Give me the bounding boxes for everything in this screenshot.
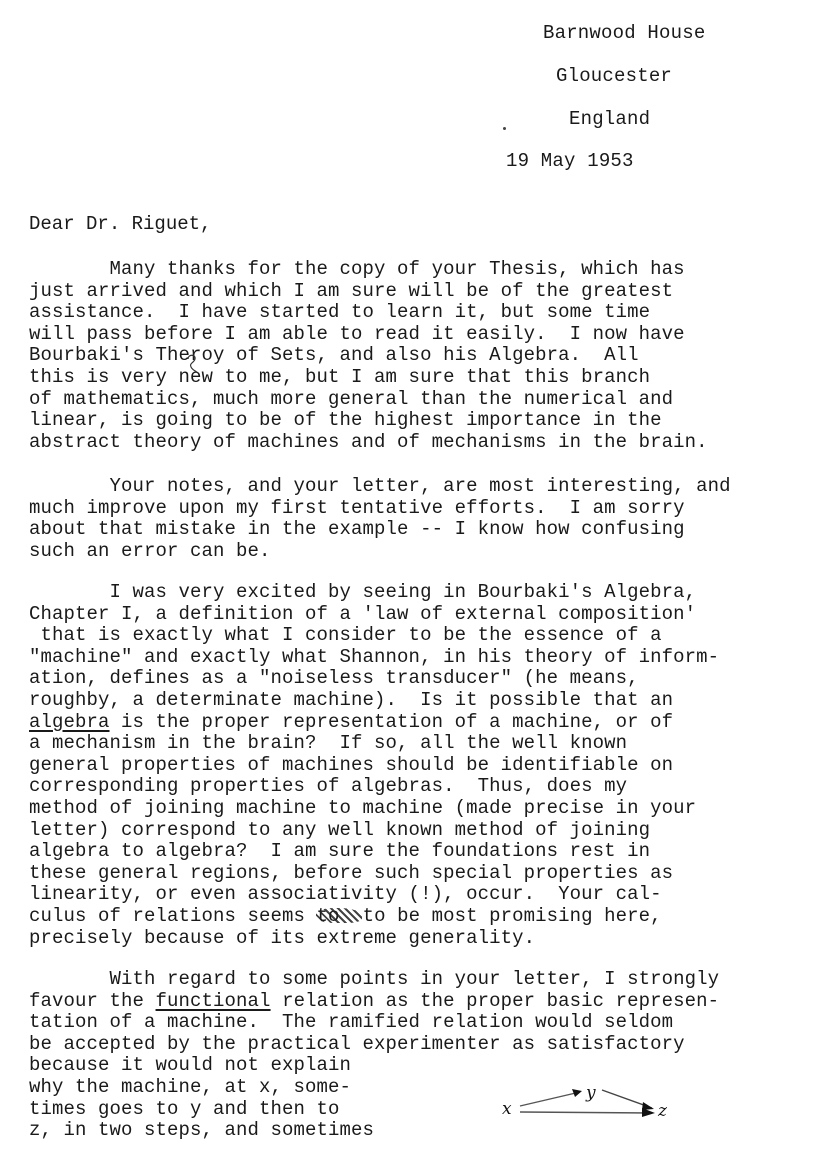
text-line: letter) correspond to any well known met… xyxy=(29,820,719,842)
text-line: of mathematics, much more general than t… xyxy=(29,389,708,411)
transition-diagram: x y z xyxy=(500,1080,700,1140)
text-line: I was very excited by seeing in Bourbaki… xyxy=(29,582,719,604)
text-line: Bourbaki's Theroy of Sets, and also his … xyxy=(29,345,708,367)
text-line: assistance. I have started to learn it, … xyxy=(29,302,708,324)
text-line: culus of relations seems to to be most p… xyxy=(29,906,719,928)
diagram-node-y: y xyxy=(585,1083,596,1103)
paragraph-3: I was very excited by seeing in Bourbaki… xyxy=(29,582,719,949)
letter-page: Barnwood House Gloucester England 19 May… xyxy=(0,0,827,1173)
text-line: Many thanks for the copy of your Thesis,… xyxy=(29,259,708,281)
text-line: such an error can be. xyxy=(29,541,731,563)
address-line-2: Gloucester xyxy=(556,65,672,87)
address-line-3: England xyxy=(569,108,650,130)
paragraph-1: Many thanks for the copy of your Thesis,… xyxy=(29,259,708,453)
text-line: Chapter I, a definition of a 'law of ext… xyxy=(29,604,719,626)
text-line: method of joining machine to machine (ma… xyxy=(29,798,719,820)
text-line: much improve upon my first tentative eff… xyxy=(29,498,731,520)
text-line: linearity, or even associativity (!), oc… xyxy=(29,884,719,906)
text-line: Your notes, and your letter, are most in… xyxy=(29,476,731,498)
diagram-node-x: x xyxy=(502,1099,512,1119)
struck-out-word: to xyxy=(317,906,363,928)
text-line: these general regions, before such speci… xyxy=(29,863,719,885)
text-line: because it would not explain xyxy=(29,1055,719,1077)
text-line: tation of a machine. The ramified relati… xyxy=(29,1012,719,1034)
text-line: general properties of machines should be… xyxy=(29,755,719,777)
text-line: roughby, a determinate machine). Is it p… xyxy=(29,690,719,712)
text-line: "machine" and exactly what Shannon, in h… xyxy=(29,647,719,669)
text-line: corresponding properties of algebras. Th… xyxy=(29,776,719,798)
underlined-word: functional xyxy=(156,990,271,1012)
greeting: Dear Dr. Riguet, xyxy=(29,213,211,235)
text-line: about that mistake in the example -- I k… xyxy=(29,519,731,541)
address-line-1: Barnwood House xyxy=(543,22,705,44)
text-line: ation, defines as a "noiseless transduce… xyxy=(29,668,719,690)
text-line: linear, is going to be of the highest im… xyxy=(29,410,708,432)
ink-speck xyxy=(503,127,506,130)
paragraph-2: Your notes, and your letter, are most in… xyxy=(29,476,731,562)
text-line: will pass before I am able to read it ea… xyxy=(29,324,708,346)
text-line: favour the functional relation as the pr… xyxy=(29,991,719,1013)
diagram-node-z: z xyxy=(657,1101,668,1121)
text-line: this is very new to me, but I am sure th… xyxy=(29,367,708,389)
handwritten-correction-mark xyxy=(185,353,199,375)
text-line: With regard to some points in your lette… xyxy=(29,969,719,991)
text-line: that is exactly what I consider to be th… xyxy=(29,625,719,647)
letter-date: 19 May 1953 xyxy=(506,150,634,172)
text-line: precisely because of its extreme general… xyxy=(29,928,719,950)
text-line: algebra to algebra? I am sure the founda… xyxy=(29,841,719,863)
text-line: algebra is the proper representation of … xyxy=(29,712,719,734)
text-line: abstract theory of machines and of mecha… xyxy=(29,432,708,454)
text-line: be accepted by the practical experimente… xyxy=(29,1034,719,1056)
text-line: a mechanism in the brain? If so, all the… xyxy=(29,733,719,755)
underlined-word: algebra xyxy=(29,711,110,733)
text-line: just arrived and which I am sure will be… xyxy=(29,281,708,303)
